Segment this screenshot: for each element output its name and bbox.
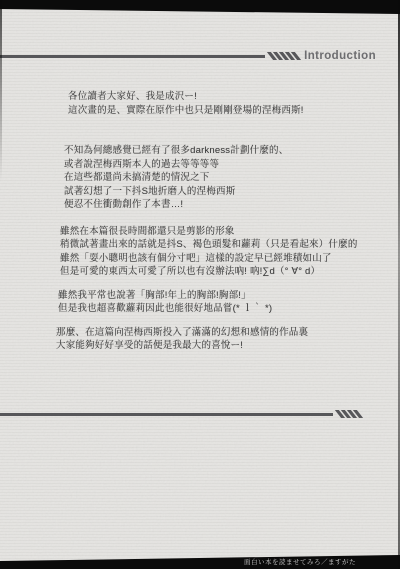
paragraph-line: 在這些都還尚未搞清楚的情況之下 [64,171,400,185]
paragraph-line: 大家能夠好好享受的話便是我最大的喜悅ー! [56,339,400,353]
diagonal-stripes-icon [270,52,298,60]
paragraph: 雖然在本篇很長時間都還只是剪影的形象 稍微試著畫出來的話就是抖S、褐色頭髮和蘿莉… [60,225,400,279]
footer-rule-line [0,413,333,416]
section-title: Introduction [304,50,376,62]
paragraph-line: 雖然「耍小聰明也該有個分寸吧」這樣的設定早已經堆積如山了 [60,252,400,266]
paragraph-line: 雖然在本篇很長時間都還只是剪影的形象 [60,225,400,239]
diagonal-stripes-icon [338,410,360,418]
scanned-intro-page: Introduction 各位讀者大家好、我是成沢ー! 這次畫的是、實際在原作中… [0,0,400,569]
paragraph-line: 這次畫的是、實際在原作中也只是剛剛登場的涅梅西斯! [68,104,400,118]
credit-text: 面白い本を読ませてみろ／ますがた [244,558,356,567]
paragraph: 不知為何總感覺已經有了很多darkness計劃什麼的、 或者說涅梅西斯本人的過去… [64,144,400,212]
paragraph-line: 試著幻想了一下抖S地折磨人的涅梅西斯 [64,185,400,199]
paragraph: 那麼、在這篇向涅梅西斯投入了滿滿的幻想和感情的作品裏 大家能夠好好享受的話便是我… [56,326,400,353]
paragraph-line: 那麼、在這篇向涅梅西斯投入了滿滿的幻想和感情的作品裏 [56,326,400,340]
paragraph-line: 各位讀者大家好、我是成沢ー! [68,90,400,104]
top-scan-border [0,0,400,16]
paragraph: 各位讀者大家好、我是成沢ー! 這次畫的是、實際在原作中也只是剛剛登場的涅梅西斯! [68,90,400,117]
paragraph-line: 便忍不住衝動創作了本書…! [64,198,400,212]
paragraph-line: 但是可愛的東西太可愛了所以也有沒辦法吶! 吶!∑d（° ∀° d） [60,265,400,279]
paragraph: 雖然我平常也說著「胸部!年上的胸部!胸部!」 但是我也超喜歡蘿莉因此也能很好地品… [58,289,400,316]
bottom-scan-border: 面白い本を読ませてみろ／ますがた [0,554,400,569]
introduction-text: 各位讀者大家好、我是成沢ー! 這次畫的是、實際在原作中也只是剛剛登場的涅梅西斯!… [0,90,400,353]
paragraph-line: 或者說涅梅西斯本人的過去等等等等 [64,158,400,172]
paragraph-line: 但是我也超喜歡蘿莉因此也能很好地品嘗(* ｌ｀ *) [58,302,400,316]
paragraph-line: 雖然我平常也說著「胸部!年上的胸部!胸部!」 [58,289,400,303]
paragraph-line: 稍微試著畫出來的話就是抖S、褐色頭髮和蘿莉（只是看起來）什麼的 [60,238,400,252]
header-rule [0,55,265,58]
footer-divider [0,409,366,419]
paragraph-line: 不知為何總感覺已經有了很多darkness計劃什麼的、 [64,144,400,158]
section-header: Introduction [0,48,376,64]
